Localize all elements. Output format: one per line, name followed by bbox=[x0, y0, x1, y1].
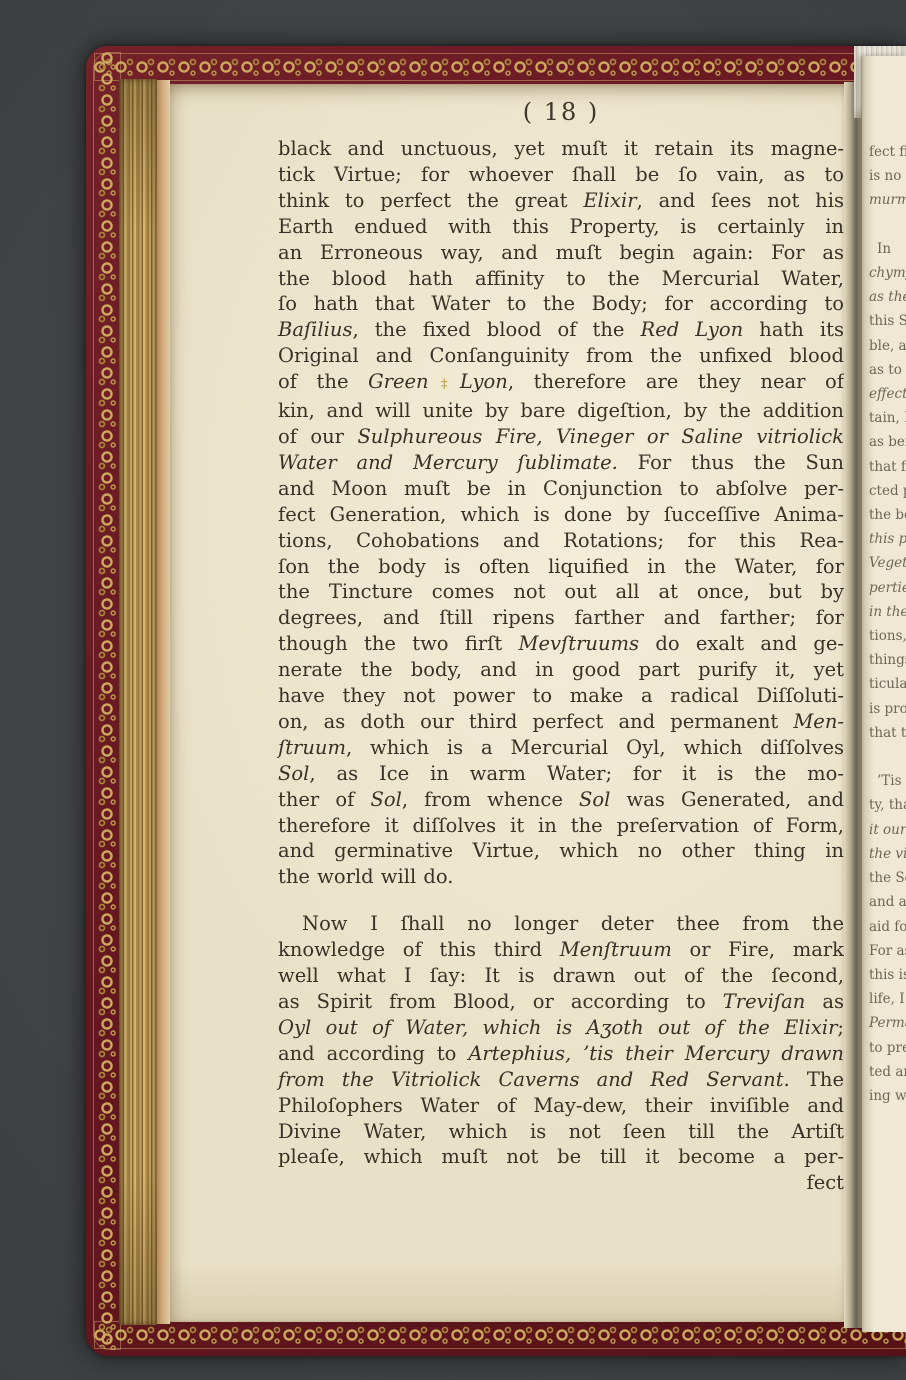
facing-page-fragment: ble, a bbox=[869, 334, 906, 358]
facing-page-text: fect fiis nomurm Inchymyas thethis Sble,… bbox=[862, 56, 906, 1108]
text-line: as Spirit from Blood, or according to Tr… bbox=[278, 989, 844, 1015]
text-line: fect bbox=[278, 1170, 844, 1196]
text-segment: fect Generation, which is done by ſucceſ… bbox=[278, 503, 844, 526]
facing-page-fragment: is prod bbox=[869, 697, 906, 721]
text-line: and germinative Virtue, which no other t… bbox=[278, 838, 844, 864]
text-line: have they not power to make a radical Di… bbox=[278, 683, 844, 709]
text-line: Water and Mercury ſublimate. For thus th… bbox=[278, 450, 844, 476]
facing-page-fragment: is no bbox=[869, 164, 906, 188]
text-segment: fect bbox=[806, 1171, 844, 1194]
text-segment: the world will do. bbox=[278, 865, 453, 888]
text-segment: kin, and will unite by bare digeſtion, b… bbox=[278, 399, 844, 422]
text-segment: was Generated, and bbox=[610, 788, 844, 811]
text-segment: Menſtruum bbox=[560, 938, 672, 961]
facing-page-fragment: ’Tis bbox=[869, 769, 906, 793]
text-segment: therefore it diſſolves it in the preſerv… bbox=[278, 814, 844, 837]
text-segment: do exalt and ge- bbox=[639, 632, 844, 655]
text-segment: Baſilius bbox=[278, 318, 352, 341]
text-segment: ſo hath that Water to the Body; for acco… bbox=[278, 292, 844, 315]
facing-page-fragment: Vegeta bbox=[869, 551, 906, 575]
text-segment: Sol bbox=[371, 788, 402, 811]
facing-page-fragment: pertie bbox=[869, 576, 906, 600]
text-segment: nerate the body, and in good part purify… bbox=[278, 658, 844, 681]
text-line: of our Sulphureous Fire, Vineger or Sali… bbox=[278, 424, 844, 450]
text-line: and according to Artephius, ’tis their M… bbox=[278, 1041, 844, 1067]
text-line: of the Green‡Lyon, therefore are they ne… bbox=[278, 369, 844, 398]
text-segment: , from whence bbox=[402, 788, 579, 811]
text-segment: Sulphureous Fire, Vineger or Saline vitr… bbox=[357, 425, 844, 448]
facing-page-fragment: ing whi bbox=[869, 1084, 906, 1108]
facing-page-fragment: that th bbox=[869, 721, 906, 745]
facing-page-fragment: effecte bbox=[869, 382, 906, 406]
text-segment: Lyon bbox=[460, 370, 508, 393]
text-segment: and germinative Virtue, which no other t… bbox=[278, 839, 844, 862]
facing-page-fragment: the be bbox=[869, 503, 906, 527]
text-line: the blood hath affinity to the Mercurial… bbox=[278, 266, 844, 292]
text-segment: , and ſees not his bbox=[637, 189, 844, 212]
facing-page-fragment: tain, F bbox=[869, 406, 906, 430]
text-line: Sol, as Ice in warm Water; for it is the… bbox=[278, 761, 844, 787]
text-segment: think to perfect the great bbox=[278, 189, 583, 212]
text-segment: ſon the body is often liquified in the W… bbox=[278, 555, 844, 578]
text-segment: the Tincture comes not out all at once, … bbox=[278, 580, 844, 603]
text-segment: from the Vitriolick Caverns and Red Serv… bbox=[278, 1068, 790, 1091]
alchemical-mark: ‡ bbox=[429, 377, 460, 392]
text-line: from the Vitriolick Caverns and Red Serv… bbox=[278, 1067, 844, 1093]
text-segment: Sol bbox=[579, 788, 610, 811]
text-segment: or Fire, mark bbox=[672, 938, 844, 961]
text-segment: of our bbox=[278, 425, 357, 448]
text-segment: , as Ice in warm Water; for it is the mo… bbox=[309, 762, 844, 785]
text-line: though the two firſt Mevſtruums do exalt… bbox=[278, 631, 844, 657]
facing-page-fragment: as the bbox=[869, 285, 906, 309]
text-line: the Tincture comes not out all at once, … bbox=[278, 579, 844, 605]
text-line: the world will do. bbox=[278, 864, 844, 890]
facing-page-fragment: it our bbox=[869, 818, 906, 842]
text-line: kin, and will unite by bare digeſtion, b… bbox=[278, 398, 844, 424]
facing-page-fragment: For as bbox=[869, 939, 906, 963]
text-segment: , which is a Mercurial Oyl, which diſſol… bbox=[346, 736, 844, 759]
facing-page-fragment: aid for bbox=[869, 915, 906, 939]
text-line: Oyl out of Water, which is Aʒoth out of … bbox=[278, 1015, 844, 1041]
gold-tooling-left-border bbox=[93, 52, 121, 1350]
text-segment: on, as doth our third perfect and perman… bbox=[278, 710, 793, 733]
text-segment: Now I ſhall no longer deter thee from th… bbox=[302, 912, 844, 935]
text-block: black and unctuous, yet muſt it retain i… bbox=[278, 136, 844, 1196]
text-segment: , the fixed blood of the bbox=[352, 318, 640, 341]
text-line: degrees, and ſtill ripens farther and fa… bbox=[278, 605, 844, 631]
text-segment: For thus the Sun bbox=[618, 451, 844, 474]
page-fore-edge bbox=[157, 80, 170, 1324]
facing-page-fragment: as bein bbox=[869, 430, 906, 454]
text-line: black and unctuous, yet muſt it retain i… bbox=[278, 136, 844, 162]
text-segment: Water and Mercury ſublimate. bbox=[278, 451, 618, 474]
paragraph: Now I ſhall no longer deter thee from th… bbox=[278, 911, 844, 1196]
gilt-page-edges bbox=[119, 79, 157, 1325]
gold-tooling-bottom-border bbox=[94, 1321, 906, 1349]
text-segment: have they not power to make a radical Di… bbox=[278, 684, 844, 707]
text-line: Original and Conſanguinity from the unfi… bbox=[278, 343, 844, 369]
facing-page-fragment: life, I bbox=[869, 987, 906, 1011]
text-segment: ſtruum bbox=[278, 736, 346, 759]
text-line: pleaſe, which muſt not be till it become… bbox=[278, 1144, 844, 1170]
text-segment: tions, Cohobations and Rotations; for th… bbox=[278, 529, 844, 552]
text-segment: tick Virtue; for whoever ſhall be ſo vai… bbox=[278, 163, 844, 186]
facing-page-fragment: to pret bbox=[869, 1036, 906, 1060]
text-line: on, as doth our third perfect and perman… bbox=[278, 709, 844, 735]
text-segment: of the bbox=[278, 370, 368, 393]
facing-page-fragment: as to a bbox=[869, 358, 906, 382]
text-line: Earth endued with this Property, is cert… bbox=[278, 214, 844, 240]
text-line: think to perfect the great Elixir, and ſ… bbox=[278, 188, 844, 214]
text-line: fect Generation, which is done by ſucceſ… bbox=[278, 502, 844, 528]
photo-background: { "page": { "heading": "( 18 )", "paragr… bbox=[0, 0, 906, 1380]
text-segment: ; bbox=[837, 1016, 844, 1039]
text-segment: Mevſtruums bbox=[519, 632, 640, 655]
text-segment: The bbox=[790, 1068, 844, 1091]
text-line: Now I ſhall no longer deter thee from th… bbox=[278, 911, 844, 937]
text-segment: Green bbox=[368, 370, 429, 393]
text-segment: and Moon muſt be in Conjunction to abſol… bbox=[278, 477, 844, 500]
paragraph: black and unctuous, yet muſt it retain i… bbox=[278, 136, 844, 890]
text-segment: as bbox=[805, 990, 844, 1013]
facing-page-fragment: in thei bbox=[869, 600, 906, 624]
text-segment: Treviſan bbox=[723, 990, 806, 1013]
facing-page-fragment: Perma bbox=[869, 1011, 906, 1035]
text-segment: Divine Water, which is not ſeen till the… bbox=[278, 1120, 844, 1143]
text-line: ſon the body is often liquified in the W… bbox=[278, 554, 844, 580]
text-segment: ther of bbox=[278, 788, 371, 811]
page-number-heading: ( 18 ) bbox=[278, 98, 844, 130]
text-segment: as Spirit from Blood, or according to bbox=[278, 990, 723, 1013]
text-line: nerate the body, and in good part purify… bbox=[278, 657, 844, 683]
text-segment: degrees, and ſtill ripens farther and fa… bbox=[278, 606, 844, 629]
text-segment: though the two firſt bbox=[278, 632, 519, 655]
text-line: ther of Sol, from whence Sol was Generat… bbox=[278, 787, 844, 813]
facing-page-fragment: ted and bbox=[869, 1060, 906, 1084]
text-line: therefore it diſſolves it in the preſerv… bbox=[278, 813, 844, 839]
text-segment: , therefore are they near of bbox=[508, 370, 844, 393]
text-segment: Red Lyon bbox=[641, 318, 744, 341]
text-line: Philoſophers Water of May-dew, their inv… bbox=[278, 1093, 844, 1119]
gold-tooling-top-border bbox=[94, 53, 906, 81]
text-segment: Earth endued with this Property, is cert… bbox=[278, 215, 844, 238]
text-segment: well what I ſay: It is drawn out of the … bbox=[278, 964, 844, 987]
text-line: and Moon muſt be in Conjunction to abſol… bbox=[278, 476, 844, 502]
facing-page-fragment: this pr bbox=[869, 527, 906, 551]
facing-page-fragment: murm bbox=[869, 188, 906, 212]
text-segment: the blood hath affinity to the Mercurial… bbox=[278, 267, 844, 290]
text-segment: pleaſe, which muſt not be till it become… bbox=[278, 1145, 844, 1168]
text-segment: hath its bbox=[743, 318, 844, 341]
facing-page-fragment: the vit bbox=[869, 842, 906, 866]
text-segment: and according to bbox=[278, 1042, 468, 1065]
facing-page-fragment: and as bbox=[869, 890, 906, 914]
text-line: ſo hath that Water to the Body; for acco… bbox=[278, 291, 844, 317]
facing-page-fragment: chymy bbox=[869, 261, 906, 285]
text-segment: Oyl out of Water, which is Aʒoth out of … bbox=[278, 1016, 837, 1039]
text-segment: Philoſophers Water of May-dew, their inv… bbox=[278, 1094, 844, 1117]
facing-page-fragment: fect fi bbox=[869, 140, 906, 164]
text-segment: knowledge of this third bbox=[278, 938, 560, 961]
text-segment: black and unctuous, yet muſt it retain i… bbox=[278, 137, 844, 160]
facing-page-fragment: cted p bbox=[869, 479, 906, 503]
text-line: knowledge of this third Menſtruum or Fir… bbox=[278, 937, 844, 963]
facing-page-fragment: tions, bbox=[869, 624, 906, 648]
facing-page-fragment: In bbox=[869, 237, 906, 261]
facing-page-fragment: this is bbox=[869, 963, 906, 987]
text-segment: an Erroneous way, and muſt begin again: … bbox=[278, 241, 844, 264]
facing-page-fragment: ty, tha bbox=[869, 793, 906, 817]
facing-page-fragment: this S bbox=[869, 309, 906, 333]
facing-page-fragment: things bbox=[869, 648, 906, 672]
book-page: ( 18 ) black and unctuous, yet muſt it r… bbox=[170, 84, 846, 1322]
text-line: Baſilius, the fixed blood of the Red Lyo… bbox=[278, 317, 844, 343]
facing-page-fragment bbox=[869, 213, 906, 237]
text-line: Divine Water, which is not ſeen till the… bbox=[278, 1119, 844, 1145]
facing-page-fragment: that fo bbox=[869, 455, 906, 479]
text-line: tick Virtue; for whoever ſhall be ſo vai… bbox=[278, 162, 844, 188]
text-segment: Original and Conſanguinity from the unfi… bbox=[278, 344, 844, 367]
facing-page-fragment: the See bbox=[869, 866, 906, 890]
text-line: tions, Cohobations and Rotations; for th… bbox=[278, 528, 844, 554]
text-line: an Erroneous way, and muſt begin again: … bbox=[278, 240, 844, 266]
facing-page-sliver: fect fiis nomurm Inchymyas thethis Sble,… bbox=[862, 56, 906, 1332]
facing-page-fragment bbox=[869, 745, 906, 769]
facing-page-fragment: ticular bbox=[869, 672, 906, 696]
text-line: well what I ſay: It is drawn out of the … bbox=[278, 963, 844, 989]
text-segment: Sol bbox=[278, 762, 309, 785]
text-segment: Elixir bbox=[583, 189, 636, 212]
text-segment: Artephius, ’tis their Mercury drawn bbox=[468, 1042, 844, 1065]
text-line: ſtruum, which is a Mercurial Oyl, which … bbox=[278, 735, 844, 761]
text-segment: Men- bbox=[793, 710, 844, 733]
book-cover: ( 18 ) black and unctuous, yet muſt it r… bbox=[86, 46, 906, 1356]
